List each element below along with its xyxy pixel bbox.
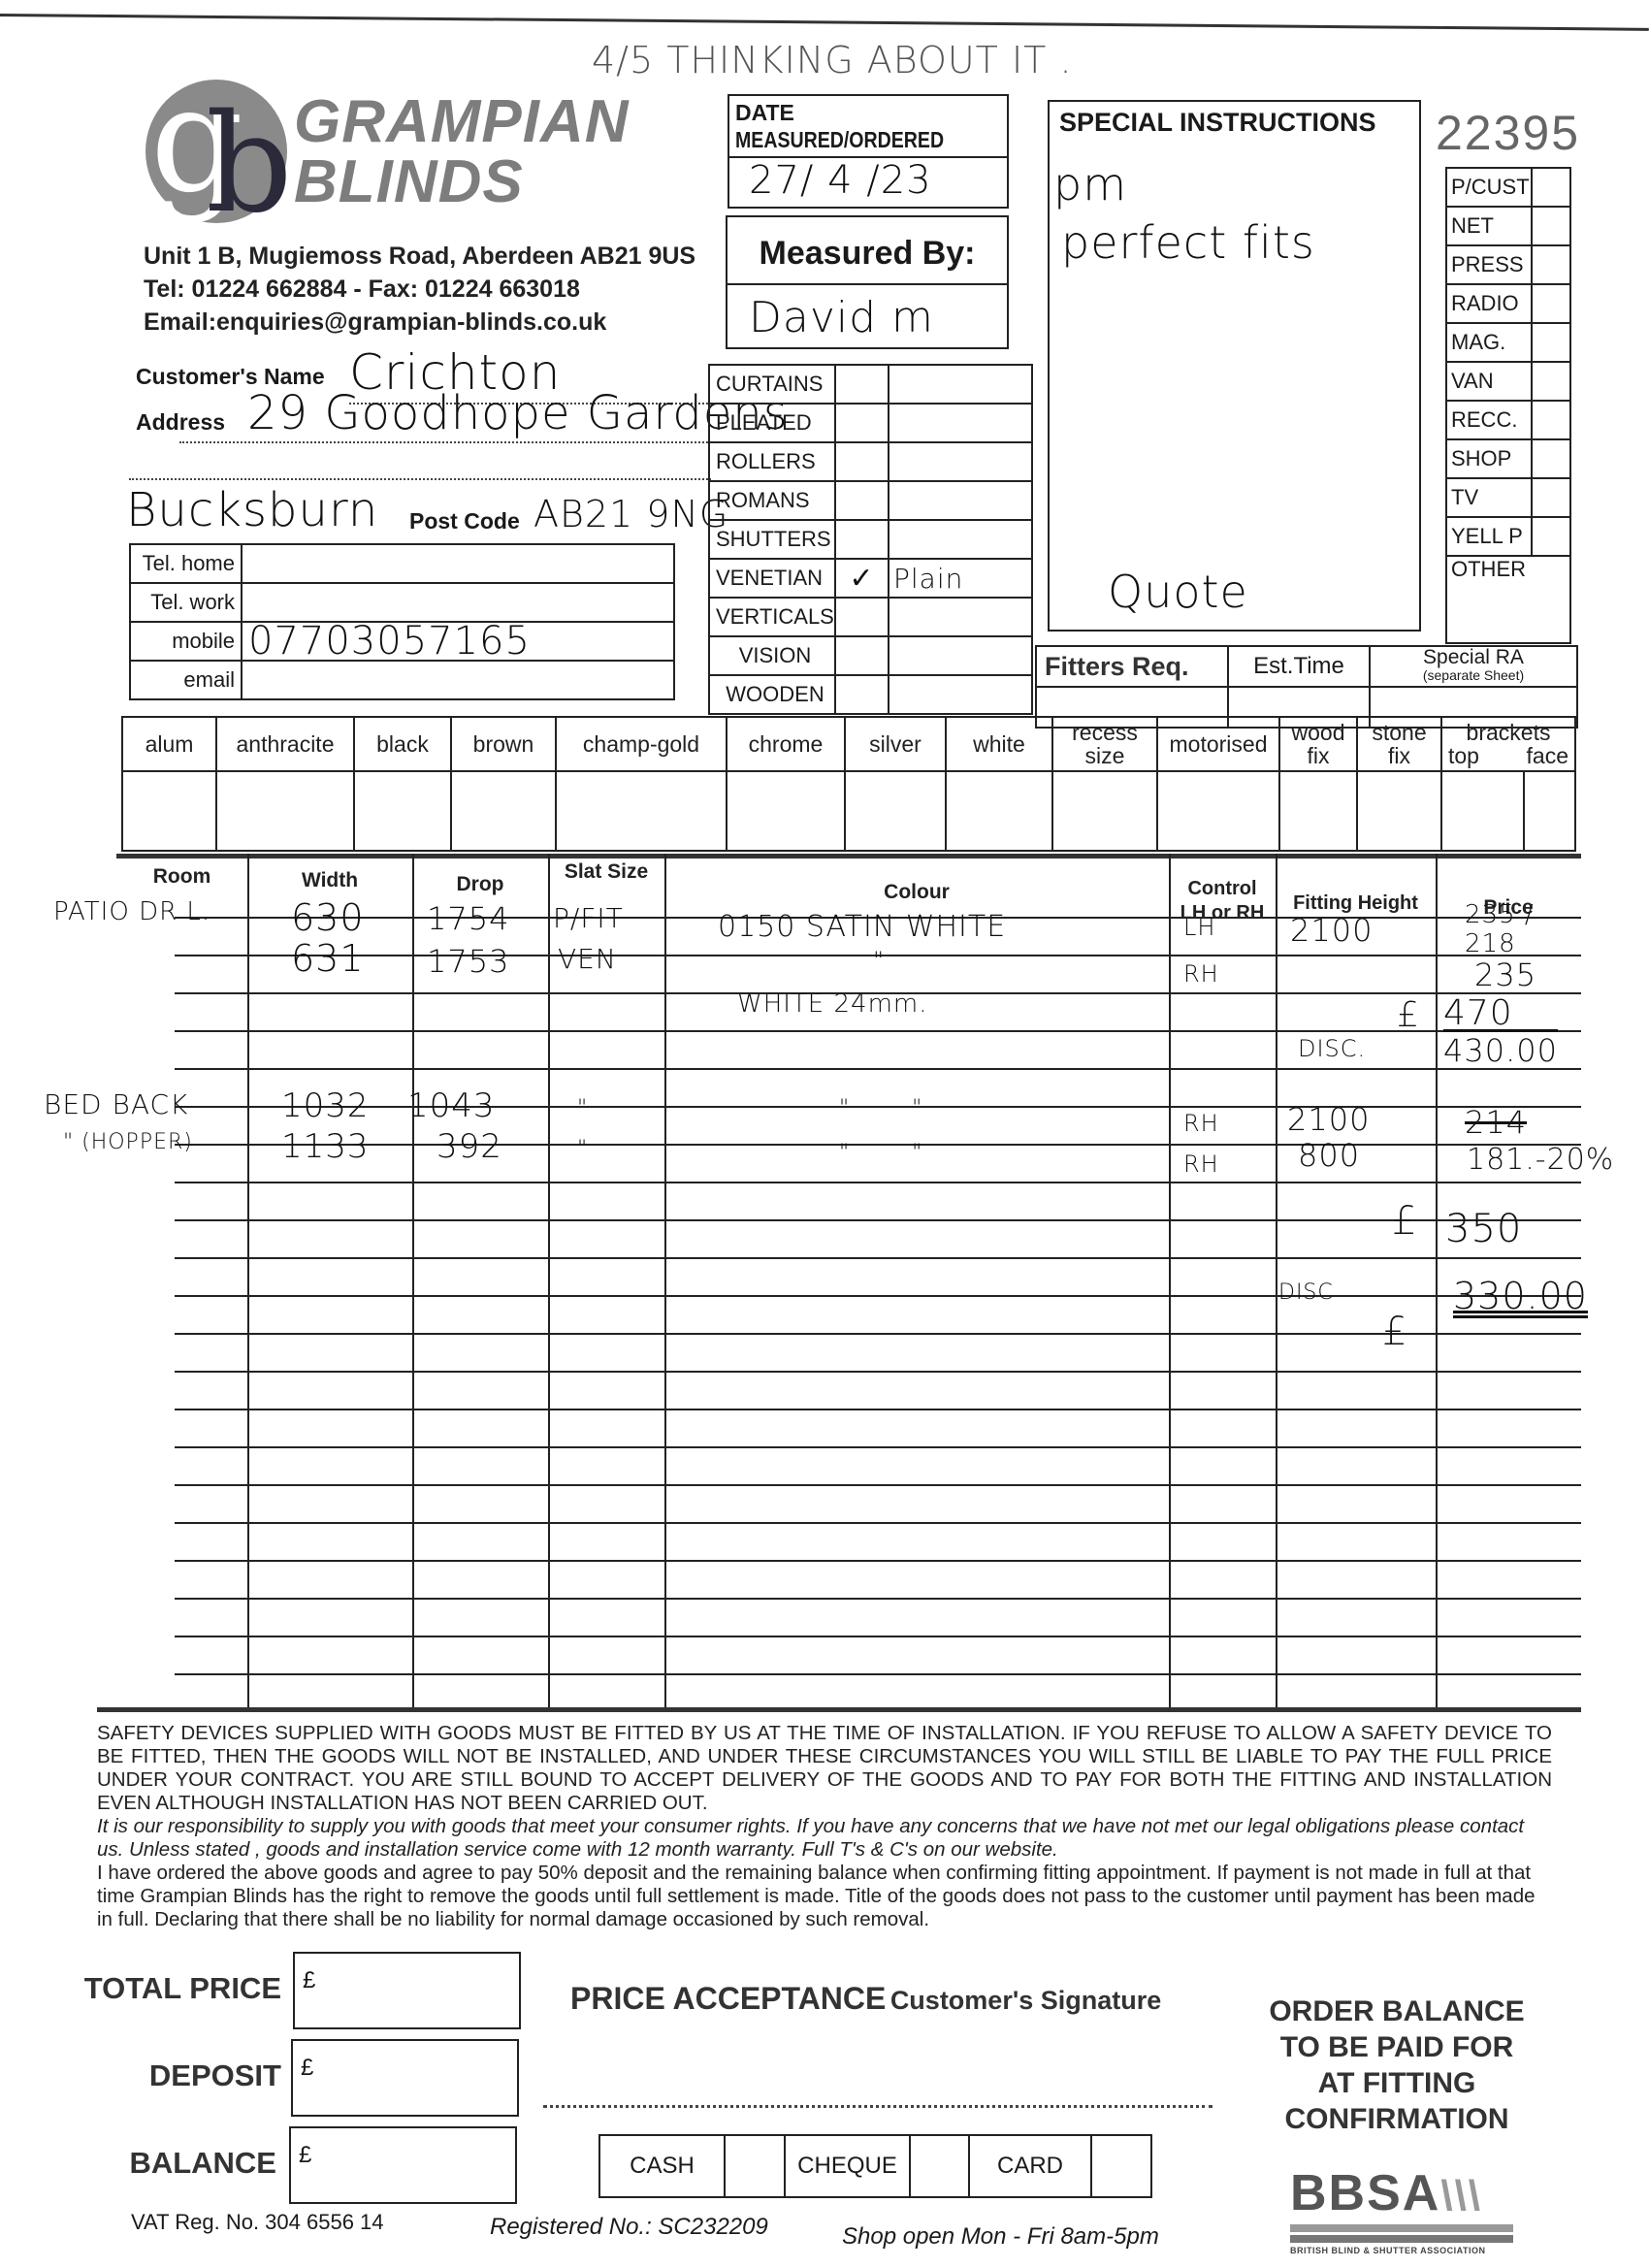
product-type-label: CURTAINS [709,365,835,404]
special-instructions-line1[interactable]: pm [1053,158,1127,211]
special-instructions-box: SPECIAL INSTRUCTIONS pm perfect fits Quo… [1048,100,1421,632]
order-balance-note: ORDER BALANCE TO BE PAID FOR AT FITTING … [1242,1993,1552,2137]
option-field[interactable] [354,771,451,851]
options-table: alum anthracite black brown champ-gold c… [121,716,1576,852]
row-width[interactable]: 1133 [281,1127,370,1166]
product-type-note[interactable] [889,675,1032,714]
header-width: Width [247,869,412,892]
product-type-note[interactable] [889,520,1032,559]
row-width[interactable]: 1032 [281,1086,370,1125]
row-colour[interactable]: " " [839,1141,922,1165]
row-price[interactable]: 181.-20% [1467,1143,1614,1177]
row-slat[interactable]: " [577,1096,588,1120]
product-type-check[interactable] [835,520,889,559]
option-anthracite: anthracite [216,717,354,771]
row-price[interactable]: 235 / 218 [1465,900,1581,958]
row-colour[interactable]: " [873,947,885,974]
row-fitting-height[interactable]: DISC [1278,1280,1334,1305]
source-label: P/CUST [1446,168,1532,207]
balance-label: BALANCE [58,2146,276,2181]
option-field[interactable] [1052,771,1157,851]
signature-line[interactable] [543,2095,1212,2108]
tel-work-field[interactable] [242,583,674,622]
measured-by-box: Measured By: David m [726,215,1009,349]
option-stone-fix: stone fix [1357,717,1441,771]
product-type-note[interactable] [889,598,1032,636]
legal-safety-caps: SAFETY DEVICES SUPPLIED WITH GOODS MUST … [97,1722,1552,1815]
row-width[interactable]: 631 [291,937,365,980]
order-balance-line: CONFIRMATION [1242,2101,1552,2137]
row-control[interactable]: LH [1183,914,1215,941]
price-acceptance-title: PRICE ACCEPTANCE [570,1981,886,2016]
option-wood-fix: wood fix [1279,717,1357,771]
payment-cheque-label: CHEQUE [785,2135,910,2197]
source-checkbox[interactable] [1532,478,1570,517]
row-price[interactable]: 470 [1443,993,1513,1033]
option-field[interactable] [1157,771,1279,851]
order-balance-line: TO BE PAID FOR [1242,2029,1552,2065]
source-list: P/CUST NET PRESS RADIO MAG. VAN RECC. SH… [1445,167,1571,644]
product-type-check[interactable] [835,675,889,714]
row-control[interactable]: RH [1183,960,1219,988]
option-field[interactable] [556,771,727,851]
product-type-note[interactable]: Plain [889,559,1032,598]
special-ra-header: Special RA(separate Sheet) [1370,646,1577,687]
address-line2-dotted [129,478,711,480]
date-value[interactable]: 27/ 4 /23 [749,158,932,203]
option-field[interactable] [845,771,946,851]
option-field[interactable] [1441,771,1524,851]
option-field[interactable] [122,771,216,851]
source-checkbox[interactable] [1532,401,1570,439]
date-label-line2: MEASURED/ORDERED [735,127,944,153]
currency-symbol: £ [301,2055,313,2081]
total-price-label: TOTAL PRICE [58,1971,281,2006]
price-acceptance-subtitle: Customer's Signature [890,1986,1161,2015]
measured-by-value[interactable]: David m [749,293,934,342]
source-label: RADIO [1446,284,1532,323]
product-type-check[interactable] [835,636,889,675]
option-field[interactable] [1524,771,1575,851]
row-width[interactable]: 630 [291,896,365,939]
option-field[interactable] [946,771,1052,851]
contact-label: mobile [130,622,242,661]
source-checkbox[interactable] [1532,362,1570,401]
row-slat[interactable]: P/FIT [553,902,624,934]
option-brackets: brackets topface [1441,717,1575,771]
header-drop: Drop [412,873,548,896]
option-motorised: motorised [1157,717,1279,771]
product-type-check[interactable] [835,404,889,442]
payment-methods: CASH CHEQUE CARD [598,2134,1152,2198]
product-type-label: ROMANS [709,481,835,520]
product-type-note[interactable] [889,481,1032,520]
order-number: 22395 [1436,105,1580,161]
option-field[interactable] [216,771,354,851]
header-slat-size: Slat Size [558,859,655,885]
legal-consumer-rights: It is our responsibility to supply you w… [97,1815,1552,1862]
source-label: TV [1446,478,1532,517]
company-name-line2: BLINDS [294,147,524,216]
option-silver: silver [845,717,946,771]
price-acceptance-heading: PRICE ACCEPTANCE Customer's Signature [570,1981,1161,2017]
product-type-check[interactable] [835,442,889,481]
row-drop[interactable]: 1754 [427,900,509,937]
product-type-note[interactable] [889,442,1032,481]
source-label: YELL P [1446,517,1532,556]
source-other-label: OTHER [1451,557,1526,581]
address-line2-value[interactable]: Bucksburn [126,483,378,537]
source-checkbox[interactable] [1532,517,1570,556]
company-phone-fax: Tel: 01224 662884 - Fax: 01224 663018 [144,275,580,304]
top-annotation: 4/5 THINKING ABOUT IT . [592,39,1073,81]
option-white: white [946,717,1052,771]
contact-label: email [130,661,242,699]
source-label: MAG. [1446,323,1532,362]
tel-home-field[interactable] [242,544,674,583]
quote-note[interactable]: Quote [1108,566,1248,618]
option-alum: alum [122,717,216,771]
deposit-label: DEPOSIT [58,2058,281,2093]
order-balance-line: AT FITTING [1242,2065,1552,2101]
row-price[interactable]: 350 [1445,1207,1522,1251]
header-colour: Colour [664,881,1169,904]
row-control[interactable]: RH [1183,1150,1219,1178]
bbsa-bar [1290,2235,1513,2243]
table-bottom-rule [97,1707,1581,1712]
row-price[interactable]: 430.00 [1443,1032,1558,1069]
product-type-label: VENETIAN [709,559,835,598]
contact-table: Tel. home Tel. work mobile07703057165 em… [129,543,675,700]
row-price[interactable]: 330.00 [1453,1275,1588,1317]
product-type-label: VISION [709,636,835,675]
payment-card-label: CARD [969,2135,1091,2197]
row-drop[interactable]: 392 [436,1127,502,1166]
source-label: SHOP [1446,439,1532,478]
special-ra-sub: (separate Sheet) [1371,666,1576,684]
product-type-check[interactable] [835,481,889,520]
source-label: PRESS [1446,245,1532,284]
currency-symbol: £ [303,1967,315,1993]
product-type-label: VERTICALS [709,598,835,636]
row-colour[interactable]: WHITE 24mm. [737,989,928,1019]
product-type-table: CURTAINS PLEATED ROLLERS ROMANS SHUTTERS… [708,364,1033,715]
date-label-line1: DATE [735,100,794,126]
logo-b-letter: b [206,97,293,233]
row-slat[interactable]: " [577,1137,588,1161]
source-checkbox[interactable] [1532,245,1570,284]
special-instructions-label: SPECIAL INSTRUCTIONS [1059,108,1376,138]
product-type-note[interactable] [889,365,1032,404]
payment-card-checkbox[interactable] [1091,2135,1151,2197]
measured-by-label: Measured By: [727,235,1007,273]
option-chrome: chrome [727,717,845,771]
order-balance-line: ORDER BALANCE [1242,1993,1552,2029]
row-fitting-height[interactable]: 2100 [1290,912,1373,949]
postcode-label: Post Code [409,508,520,535]
row-control[interactable]: RH [1183,1110,1219,1137]
row-fitting-height[interactable]: £ [1382,1310,1407,1354]
source-checkbox[interactable] [1532,323,1570,362]
legal-text: SAFETY DEVICES SUPPLIED WITH GOODS MUST … [97,1722,1552,1931]
source-checkbox[interactable] [1532,284,1570,323]
row-colour[interactable]: " " [839,1096,922,1120]
est-time-label: Est.Time [1228,646,1370,687]
row-colour[interactable]: 0150 SATIN WHITE [718,910,1006,944]
product-type-label: WOODEN [709,675,835,714]
currency-symbol: £ [299,2142,311,2168]
bbsa-caption: BRITISH BLIND & SHUTTER ASSOCIATION [1290,2246,1513,2255]
option-brown: brown [451,717,556,771]
row-slat[interactable]: VEN [558,943,617,975]
payment-cheque-checkbox[interactable] [910,2135,969,2197]
product-type-note[interactable] [889,404,1032,442]
option-field[interactable] [1279,771,1357,851]
address-dotted-line [179,441,708,443]
product-type-label: ROLLERS [709,442,835,481]
source-label: NET [1446,207,1532,245]
legal-deposit-terms: I have ordered the above goods and agree… [97,1862,1552,1931]
company-email: Email:enquiries@grampian-blinds.co.uk [144,308,606,337]
row-fitting-height[interactable]: £ [1392,1199,1417,1244]
row-drop[interactable]: 1043 [407,1086,496,1125]
table-top-rule [116,854,1581,859]
company-name-line1: GRAMPIAN [294,87,630,156]
product-type-label: PLEATED [709,404,835,442]
contact-label: Tel. work [130,583,242,622]
option-recess-size: recess size [1052,717,1157,771]
special-ra-label: Special RA [1371,649,1576,666]
payment-cash-label: CASH [599,2135,725,2197]
source-checkbox[interactable] [1532,207,1570,245]
option-black: black [354,717,451,771]
row-price[interactable]: 235 [1474,956,1536,993]
option-field[interactable] [451,771,556,851]
bbsa-text: BBSA [1290,2165,1440,2221]
bbsa-bar [1290,2224,1513,2232]
row-fitting-height[interactable]: 2100 [1287,1101,1370,1138]
row-room[interactable]: PATIO DR L. [53,897,210,926]
row-drop[interactable]: 1753 [427,943,509,980]
balance-field[interactable]: £ [289,2126,517,2204]
vat-number: VAT Reg. No. 304 6556 14 [131,2210,384,2235]
source-checkbox[interactable] [1532,439,1570,478]
total-price-field[interactable]: £ [293,1952,521,2029]
brackets-face-label: face [1527,744,1568,767]
row-fitting-height[interactable]: £ [1397,995,1420,1035]
source-label: VAN [1446,362,1532,401]
payment-cash-checkbox[interactable] [725,2135,785,2197]
contact-label: Tel. home [130,544,242,583]
row-price[interactable]: 214 [1465,1104,1527,1141]
registered-number: Registered No.: SC232209 [490,2214,768,2241]
product-type-check[interactable] [835,598,889,636]
source-checkbox[interactable] [1532,168,1570,207]
page-top-edge [0,0,1649,31]
brackets-top-label: top [1448,744,1479,767]
bbsa-logo: BBSA\\\ BRITISH BLIND & SHUTTER ASSOCIAT… [1290,2168,1513,2255]
source-other[interactable]: OTHER [1446,556,1570,643]
venetian-check-icon[interactable]: ✓ [835,559,889,598]
address-label: Address [136,409,225,436]
deposit-field[interactable]: £ [291,2039,519,2117]
items-table: Room Width Drop Slat Size Colour Control… [116,854,1581,1712]
special-instructions-line2[interactable]: perfect fits [1061,216,1315,269]
company-address: Unit 1 B, Mugiemoss Road, Aberdeen AB21 … [144,243,695,271]
row-room[interactable]: BED BACK [44,1088,188,1120]
product-type-check[interactable] [835,365,889,404]
header-room: Room [116,865,247,889]
product-type-label: SHUTTERS [709,520,835,559]
product-type-note[interactable] [889,636,1032,675]
email-field[interactable] [242,661,674,699]
date-box: DATE MEASURED/ORDERED 27/ 4 /23 [727,94,1009,209]
row-fitting-height[interactable]: 800 [1298,1137,1360,1174]
bbsa-logo-text: BBSA\\\ [1290,2168,1513,2221]
row-room[interactable]: " (HOPPER) [63,1130,193,1154]
option-field[interactable] [1357,771,1441,851]
shop-hours: Shop open Mon - Fri 8am-5pm [842,2223,1159,2251]
source-label: RECC. [1446,401,1532,439]
mobile-field[interactable]: 07703057165 [242,622,674,661]
option-field[interactable] [727,771,845,851]
postcode-value[interactable]: AB21 9NG [533,493,728,535]
option-champ-gold: champ-gold [556,717,727,771]
row-fitting-height[interactable]: DISC. [1298,1035,1366,1062]
fitters-req-label: Fitters Req. [1036,646,1228,687]
